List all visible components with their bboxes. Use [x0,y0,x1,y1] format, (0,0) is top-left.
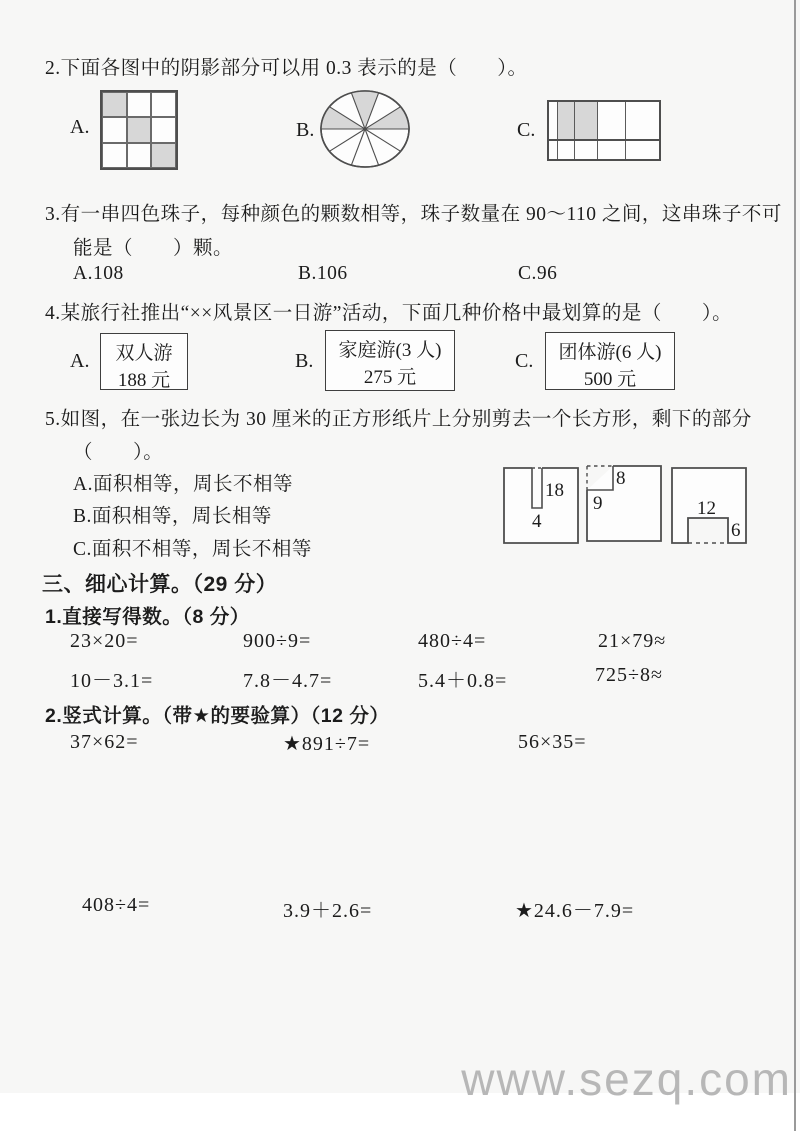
q5-option-b: B.面积相等，周长相等 [73,500,272,528]
cut-height-label: 6 [731,520,741,541]
shaded-region [557,102,597,139]
calc-item: 10－3.1= [70,664,153,693]
calc-item: 23×20= [70,630,139,653]
grid-cell [127,117,152,142]
q2-figure-c-rect [547,100,661,161]
calc-item: 900÷9= [243,630,311,653]
q4-price-box-b: 家庭游(3 人) 275 元 [325,330,455,391]
cut-width-label: 4 [532,511,542,532]
q4-option-c-label: C. [515,350,533,373]
calc-item: 56×35= [518,731,587,754]
calc-item: 3.9＋2.6= [283,894,372,923]
q5-figure-1-square-slot: 18 4 [502,466,582,546]
calc-item: ★24.6－7.9= [515,894,634,923]
grid-cell [102,92,127,117]
q3-option-b: B.106 [298,263,348,285]
q5-figure-2-square-corner-cut: 8 9 [585,464,665,544]
calc-item: 5.4＋0.8= [418,664,507,693]
calc-item: 725÷8≈ [595,664,663,687]
tour-name: 家庭游(3 人) [332,335,448,362]
watermark: www.sezq.com [461,1052,792,1106]
tour-price: 275 元 [332,362,448,389]
q2-option-c-label: C. [517,119,535,142]
q4-prompt: 4.某旅行社推出“××风景区一日游”活动，下面几种价格中最划算的是（ ）。 [45,297,732,325]
q4-option-a-label: A. [70,350,89,373]
cut-width-label: 12 [697,498,716,519]
section3-sub1-title: 1.直接写得数。（8 分） [45,601,250,629]
calc-item: 480÷4= [418,630,486,653]
grid-cell [102,117,127,142]
cut-depth-label: 18 [545,480,564,501]
tour-name: 双人游 [107,338,181,365]
calc-item: 7.8－4.7= [243,664,332,693]
q5-prompt-line2: （ ）。 [73,436,163,464]
grid-cell [151,143,176,168]
q4-option-b-label: B. [295,350,313,373]
grid-cell [102,143,127,168]
q4-price-box-a: 双人游 188 元 [100,333,188,390]
grid-cell [151,117,176,142]
q3-prompt-line1: 3.有一串四色珠子，每种颜色的颗数相等，珠子数量在 90～110 之间，这串珠子… [45,198,782,226]
grid-cell [127,92,152,117]
q5-prompt-line1: 5.如图，在一张边长为 30 厘米的正方形纸片上分别剪去一个长方形，剩下的部分 [45,403,752,431]
q2-figure-a-grid [100,90,178,170]
section3-sub2-title: 2.竖式计算。（带★的要验算）（12 分） [45,700,389,728]
q5-figure-3-square-bottom-notch: 12 6 [670,466,750,546]
q2-prompt: 2.下面各图中的阴影部分可以用 0.3 表示的是（ ）。 [45,52,528,80]
calc-item: 37×62= [70,731,139,754]
q3-prompt-line2: 能是（ ）颗。 [73,232,233,260]
q2-figure-b-circle [320,90,412,170]
q2-option-a-label: A. [70,116,89,139]
cut-width-label: 9 [593,493,603,514]
section3-title: 三、细心计算。（29 分） [42,568,277,598]
grid-cell [127,143,152,168]
worksheet-page: 2.下面各图中的阴影部分可以用 0.3 表示的是（ ）。 A. B. C. [0,0,800,1131]
q3-option-c: C.96 [518,263,557,285]
scan-edge-line [794,0,796,1131]
calc-item: ★891÷7= [283,731,370,756]
q2-option-b-label: B. [296,119,314,142]
q3-option-a: A.108 [73,263,124,285]
q4-price-box-c: 团体游(6 人) 500 元 [545,332,675,390]
calc-item: 21×79≈ [598,630,666,653]
q5-option-c: C.面积不相等，周长不相等 [73,533,312,561]
tour-price: 188 元 [107,365,181,392]
q5-option-a: A.面积相等，周长不相等 [73,468,293,496]
cut-height-label: 8 [616,468,626,489]
calc-item: 408÷4= [82,894,150,917]
grid-cell [151,92,176,117]
tour-price: 500 元 [552,364,668,391]
tour-name: 团体游(6 人) [552,337,668,364]
